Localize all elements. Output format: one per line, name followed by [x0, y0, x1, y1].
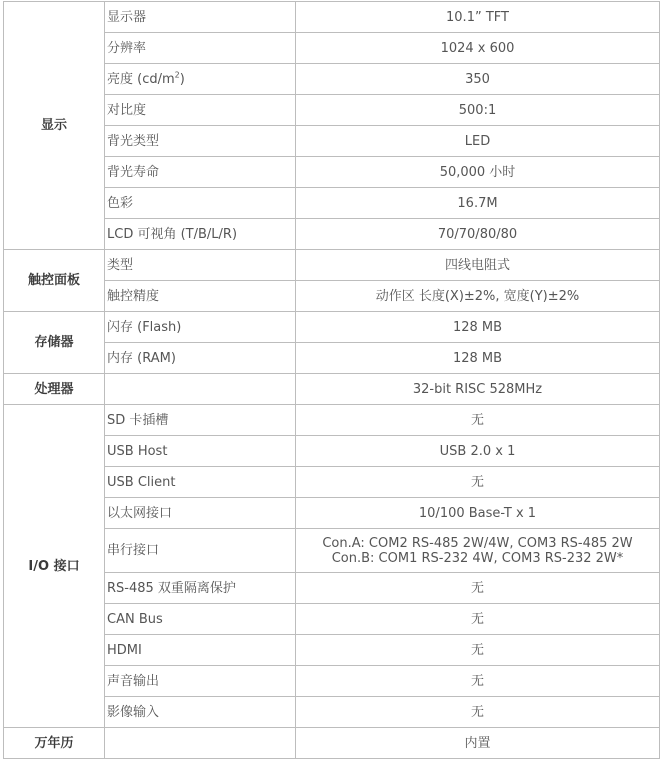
- spec-label: 显示器: [105, 2, 296, 33]
- spec-value: 无: [296, 635, 660, 666]
- table-row: 存储器 闪存 (Flash) 128 MB: [4, 312, 660, 343]
- category-rtc: 万年历: [4, 728, 105, 759]
- label-text: ): [180, 72, 185, 87]
- spec-value: 10.1” TFT: [296, 2, 660, 33]
- spec-value: 500:1: [296, 95, 660, 126]
- spec-table: 显示 显示器 10.1” TFT 分辨率 1024 x 600 亮度 (cd/m…: [3, 1, 660, 759]
- spec-label: 亮度 (cd/m2): [105, 64, 296, 95]
- table-row: 显示 显示器 10.1” TFT: [4, 2, 660, 33]
- spec-value: 无: [296, 573, 660, 604]
- spec-label: USB Host: [105, 436, 296, 467]
- spec-value: 无: [296, 405, 660, 436]
- spec-value: 350: [296, 64, 660, 95]
- spec-label: CAN Bus: [105, 604, 296, 635]
- spec-value: 128 MB: [296, 343, 660, 374]
- spec-label: 背光寿命: [105, 157, 296, 188]
- spec-label: 闪存 (Flash): [105, 312, 296, 343]
- spec-label: 类型: [105, 250, 296, 281]
- spec-label: [105, 374, 296, 405]
- spec-label: 内存 (RAM): [105, 343, 296, 374]
- spec-value: USB 2.0 x 1: [296, 436, 660, 467]
- value-line: Con.A: COM2 RS-485 2W/4W, COM3 RS-485 2W: [296, 536, 659, 551]
- spec-label: [105, 728, 296, 759]
- table-row: I/O 接口 SD 卡插槽 无: [4, 405, 660, 436]
- spec-label: LCD 可视角 (T/B/L/R): [105, 219, 296, 250]
- table-row: 触控面板 类型 四线电阻式: [4, 250, 660, 281]
- spec-label: 触控精度: [105, 281, 296, 312]
- spec-value: 无: [296, 697, 660, 728]
- category-processor: 处理器: [4, 374, 105, 405]
- spec-value: 70/70/80/80: [296, 219, 660, 250]
- label-text: 亮度 (cd/m: [107, 72, 175, 87]
- spec-value: 无: [296, 666, 660, 697]
- spec-value: 内置: [296, 728, 660, 759]
- spec-value: 50,000 小时: [296, 157, 660, 188]
- spec-label: SD 卡插槽: [105, 405, 296, 436]
- spec-label: RS-485 双重隔离保护: [105, 573, 296, 604]
- category-memory: 存储器: [4, 312, 105, 374]
- spec-label: 声音输出: [105, 666, 296, 697]
- table-row: 万年历 内置: [4, 728, 660, 759]
- spec-label: 分辨率: [105, 33, 296, 64]
- spec-value: 无: [296, 467, 660, 498]
- spec-value: 16.7M: [296, 188, 660, 219]
- category-touch-panel: 触控面板: [4, 250, 105, 312]
- table-row: 处理器 32-bit RISC 528MHz: [4, 374, 660, 405]
- spec-value: Con.A: COM2 RS-485 2W/4W, COM3 RS-485 2W…: [296, 529, 660, 573]
- spec-label: 色彩: [105, 188, 296, 219]
- spec-value: 32-bit RISC 528MHz: [296, 374, 660, 405]
- spec-label: 对比度: [105, 95, 296, 126]
- spec-label: 影像输入: [105, 697, 296, 728]
- spec-label: 串行接口: [105, 529, 296, 573]
- value-line: Con.B: COM1 RS-232 4W, COM3 RS-232 2W*: [296, 551, 659, 566]
- spec-value: 四线电阻式: [296, 250, 660, 281]
- spec-value: 10/100 Base-T x 1: [296, 498, 660, 529]
- spec-value: 无: [296, 604, 660, 635]
- spec-label: 背光类型: [105, 126, 296, 157]
- spec-value: 动作区 长度(X)±2%, 宽度(Y)±2%: [296, 281, 660, 312]
- spec-value: 1024 x 600: [296, 33, 660, 64]
- spec-label: 以太网接口: [105, 498, 296, 529]
- category-display: 显示: [4, 2, 105, 250]
- spec-label: HDMI: [105, 635, 296, 666]
- spec-label: USB Client: [105, 467, 296, 498]
- spec-value: 128 MB: [296, 312, 660, 343]
- spec-value: LED: [296, 126, 660, 157]
- category-io: I/O 接口: [4, 405, 105, 728]
